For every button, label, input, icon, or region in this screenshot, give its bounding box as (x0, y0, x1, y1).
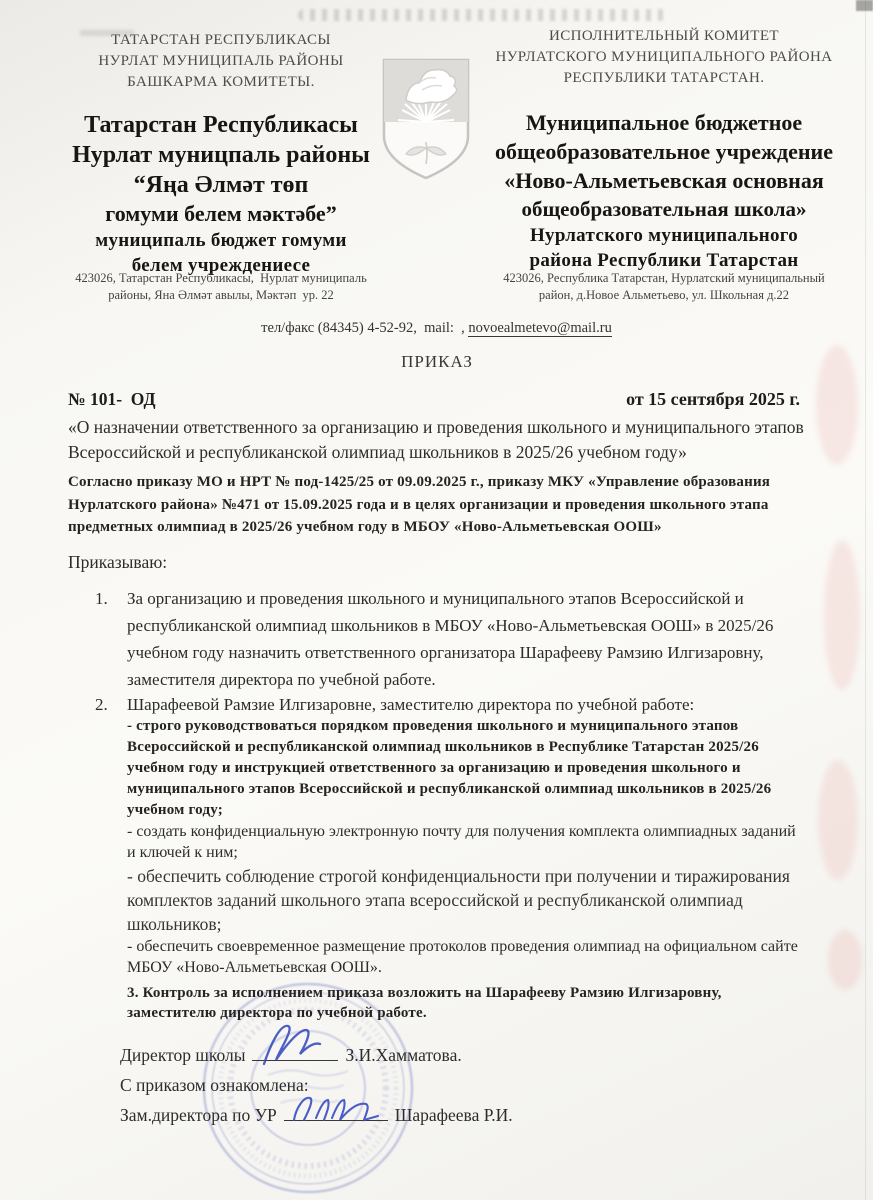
name-line: общеобразовательная школа» (462, 195, 866, 223)
org-line: РЕСПУБЛИКИ ТАТАРСТАН. (462, 68, 866, 89)
scan-noise-strip (298, 9, 666, 21)
order-item-2-sub-4: - обеспечить своевременное размещение пр… (127, 936, 806, 979)
scanned-order-document: ТАТАРСТАН РЕСПУБЛИКАСЫ НУРЛАТ МУНИЦИПАЛЬ… (0, 0, 873, 1200)
item-text: За организацию и проведения школьного и … (127, 585, 806, 693)
deputy-ink-signature (286, 1080, 390, 1130)
address-line: 423026, Республика Татарстан, Нурлатский… (462, 270, 866, 287)
order-item-1: 1. За организацию и проведения школьного… (68, 585, 806, 693)
contact-line: тел/факс (84345) 4-52-92, mail: , novoea… (0, 320, 873, 337)
ink-bleed-artifact (828, 930, 862, 990)
org-line: ТАТАРСТАН РЕСПУБЛИКАСЫ (56, 30, 386, 51)
signature-line (252, 1046, 338, 1061)
order-subject: «О назначении ответственного за организа… (68, 415, 806, 465)
email-text: novoealmetevo@mail.ru (468, 320, 611, 337)
org-line: НУРЛАТ МУНИЦИПАЛЬ РАЙОНЫ (56, 51, 386, 72)
order-preamble: Согласно приказу МО и НРТ № под-1425/25 … (68, 471, 806, 539)
name-line: муниципаль бюджет гомуми (56, 228, 386, 253)
address-line: 423026, Татарстан Республикасы, Нурлат м… (56, 270, 386, 287)
address-line: район, д.Новое Альметьево, ул. Школьная … (462, 287, 866, 304)
order-number-row: № 101- ОД от 15 сентября 2025 г. (68, 389, 806, 410)
name-line: Татарстан Республикасы (56, 110, 386, 140)
director-name: З.И.Хамматова. (345, 1045, 461, 1065)
name-line: Нурлат муницпаль районы (56, 140, 386, 170)
name-line: общеобразовательное учреждение (462, 137, 866, 166)
item-number: 1. (68, 585, 127, 693)
deputy-name: Шарафеева Р.И. (395, 1105, 513, 1125)
address-right: 423026, Республика Татарстан, Нурлатский… (462, 270, 866, 304)
name-line: «Ново-Альметьевская основная (462, 166, 866, 195)
signature-line (284, 1106, 388, 1121)
director-signature-row: Директор школы З.И.Хамматова. (120, 1040, 806, 1070)
header-right-org: ИСПОЛНИТЕЛЬНЫЙ КОМИТЕТ НУРЛАТСКОГО МУНИЦ… (462, 26, 866, 89)
ink-bleed-artifact (818, 760, 858, 880)
ink-bleed-artifact (816, 345, 858, 465)
name-line: Муниципальное бюджетное (462, 108, 866, 137)
order-item-2-sub-2: - создать конфиденциальную электронную п… (127, 821, 806, 864)
order-item-2-sub-3: - обеспечить соблюдение строгой конфиден… (127, 864, 806, 936)
school-name-tatar: Татарстан Республикасы Нурлат муницпаль … (56, 110, 386, 278)
order-number: № 101- ОД (68, 389, 156, 410)
deputy-label: Зам.директора по УР (120, 1105, 277, 1125)
name-line: Нурлатского муниципального (462, 223, 866, 248)
header-left-org: ТАТАРСТАН РЕСПУБЛИКАСЫ НУРЛАТ МУНИЦИПАЛЬ… (56, 30, 386, 93)
order-item-3: 3. Контроль за исполнением приказа возло… (127, 983, 806, 1024)
item-text: Шарафеевой Рамзие Илгизаровне, заместите… (127, 693, 806, 716)
address-left: 423026, Татарстан Республикасы, Нурлат м… (56, 270, 386, 304)
director-ink-signature (254, 1020, 340, 1074)
order-date: от 15 сентября 2025 г. (626, 389, 800, 410)
name-line: гомуми белем мәктәбе” (56, 200, 386, 228)
signature-block: Директор школы З.И.Хамматова. С приказом… (120, 1040, 806, 1130)
school-name-russian: Муниципальное бюджетное общеобразователь… (462, 108, 866, 273)
item-number: 2. (68, 693, 127, 716)
order-body: ПРИКАЗ № 101- ОД от 15 сентября 2025 г. … (68, 352, 806, 1130)
acknowledged-line: С приказом ознакомлена: (120, 1070, 806, 1100)
order-item-2-sub-1: - строго руководствоваться порядком пров… (127, 716, 806, 821)
org-line: НУРЛАТСКОГО МУНИЦИПАЛЬНОГО РАЙОНА (462, 47, 866, 68)
ink-bleed-artifact (824, 540, 860, 690)
address-line: районы, Яна Әлмәт авылы, Мәктәп ур. 22 (56, 287, 386, 304)
phone-mail-text: тел/факс (84345) 4-52-92, mail: , (261, 320, 468, 336)
org-line: БАШКАРМА КОМИТЕТЫ. (56, 72, 386, 93)
order-item-2: 2. Шарафеевой Рамзие Илгизаровне, замест… (68, 693, 806, 716)
name-line: “Яңа Әлмәт төп (56, 170, 386, 200)
resolution-intro: Приказываю: (68, 552, 806, 573)
org-line: ИСПОЛНИТЕЛЬНЫЙ КОМИТЕТ (462, 26, 866, 47)
director-label: Директор школы (120, 1045, 245, 1065)
order-title: ПРИКАЗ (68, 352, 806, 372)
deputy-signature-row: Зам.директора по УР Шарафеева Р.И. (120, 1100, 806, 1130)
